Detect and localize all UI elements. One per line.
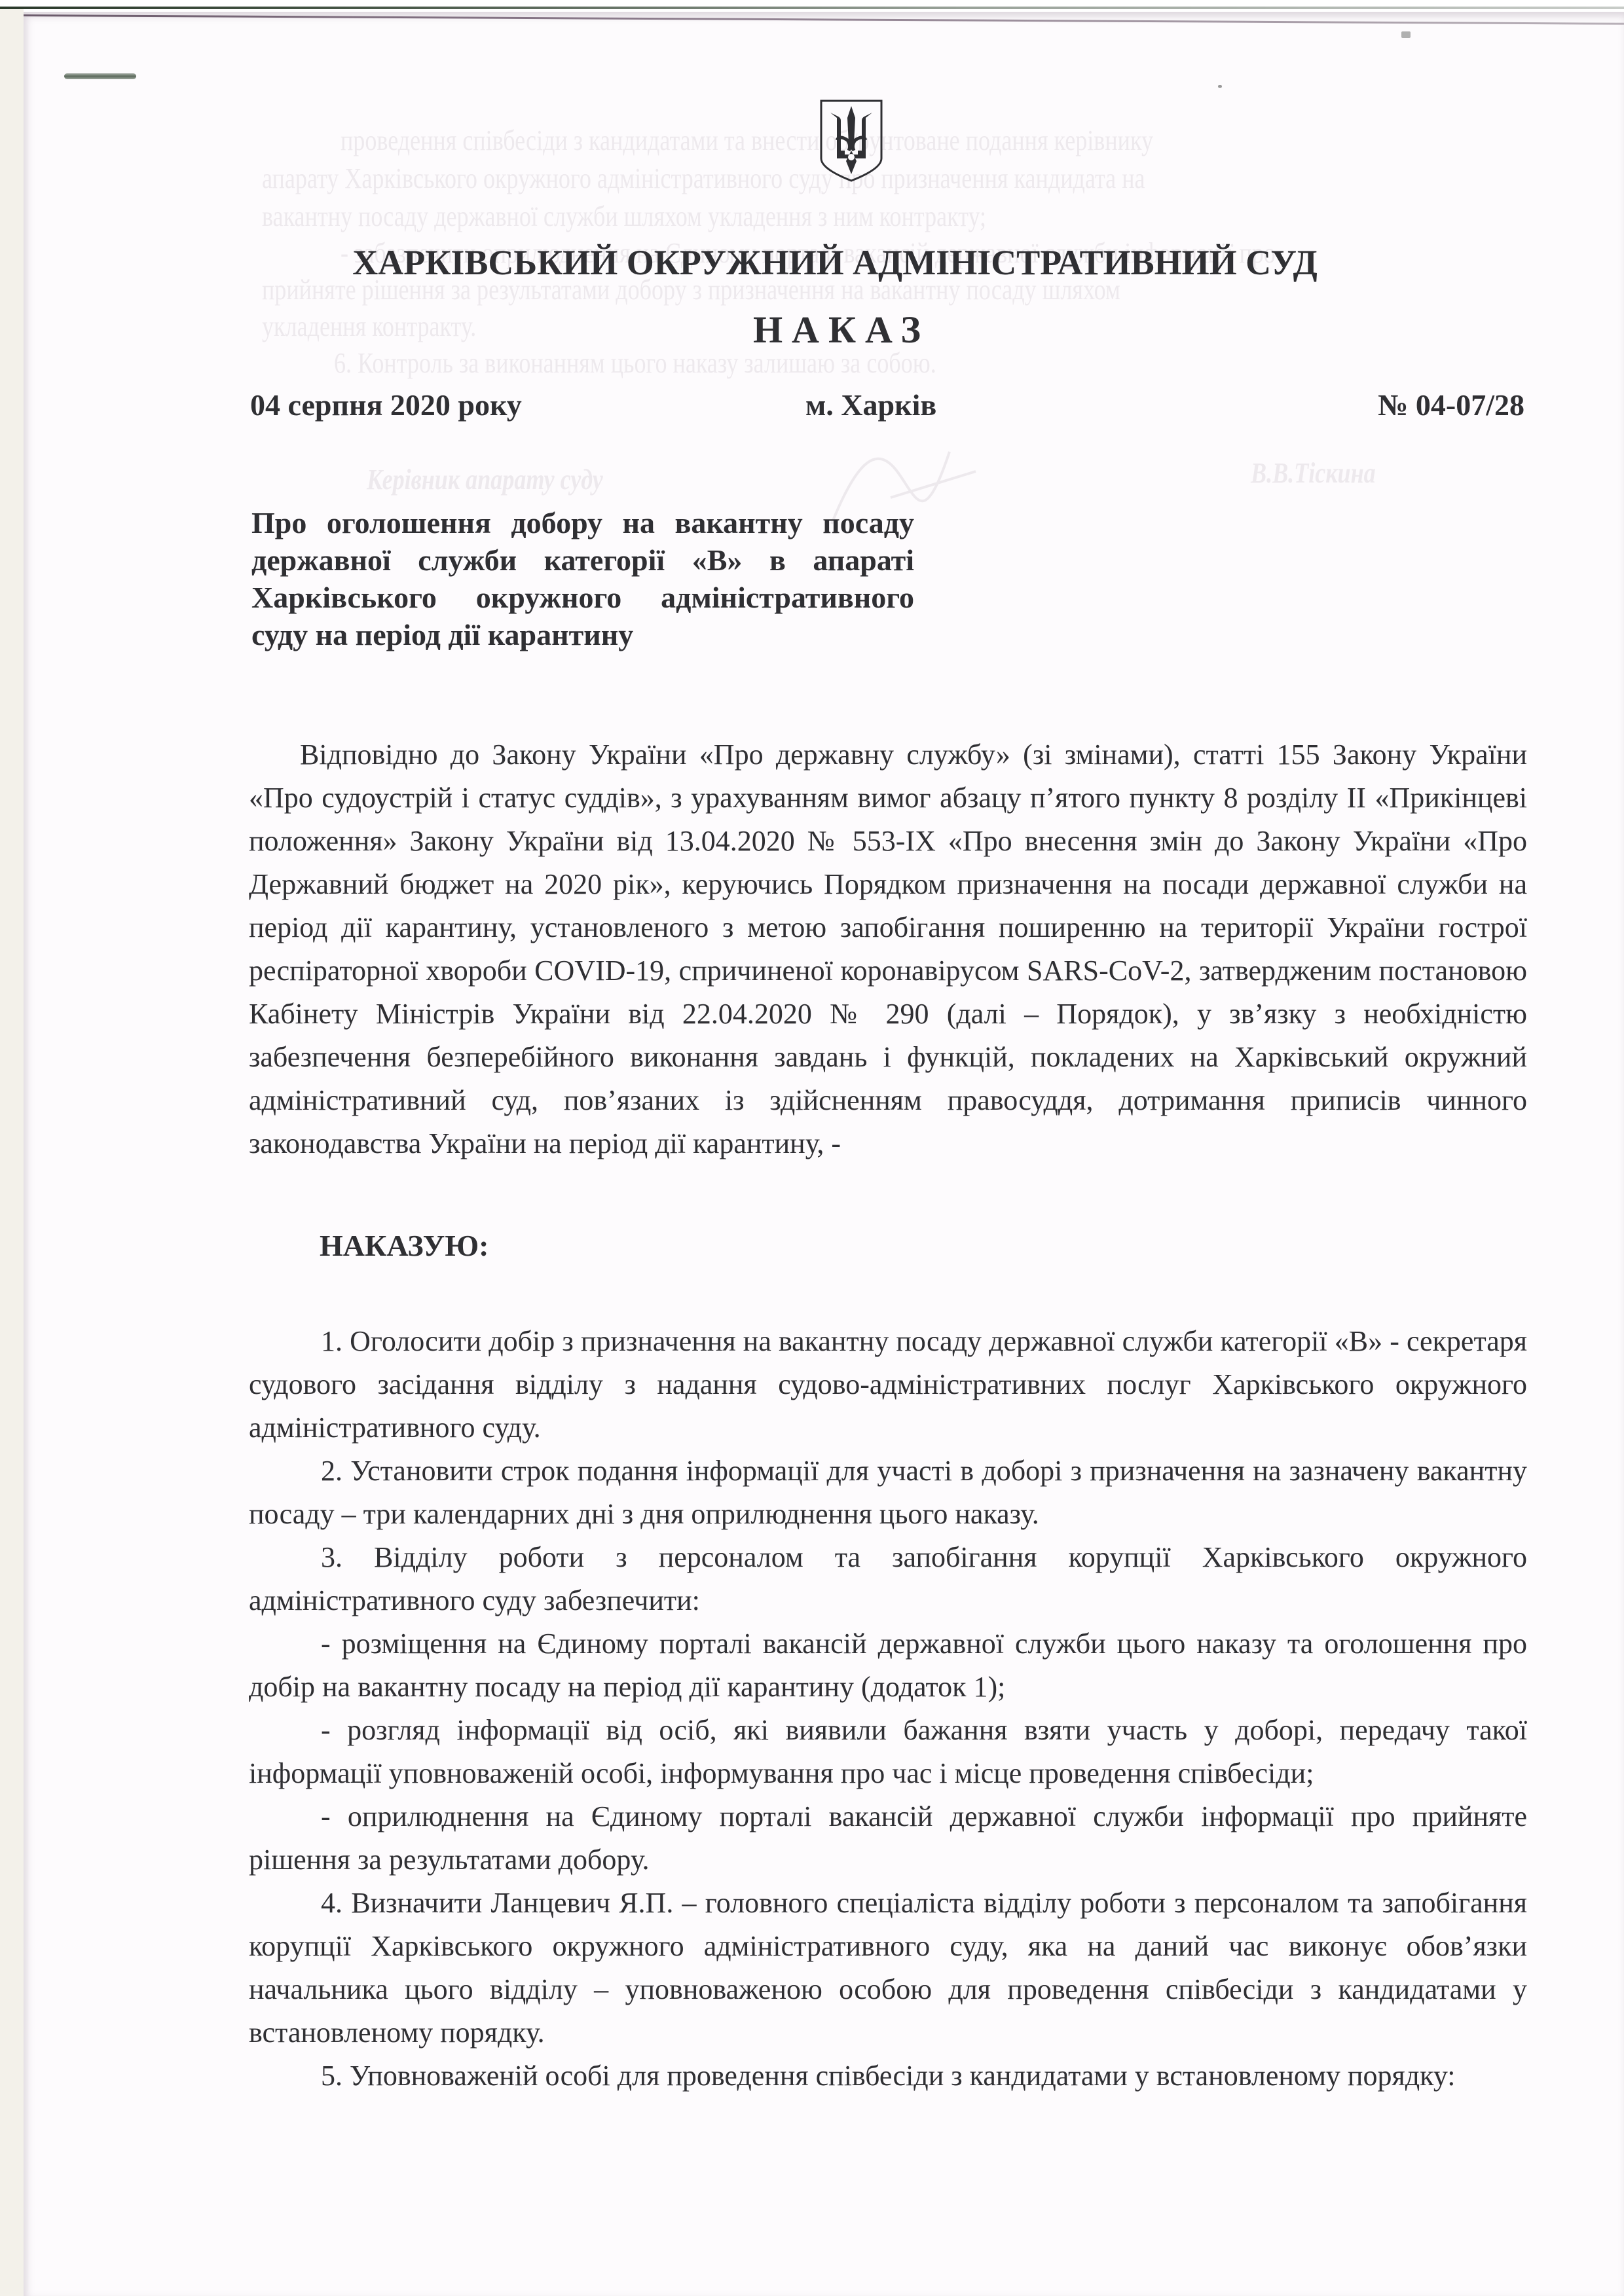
scan-speck (1401, 31, 1411, 38)
staple-mark (64, 73, 136, 79)
order-item-2: 2. Установити строк подання інформації д… (249, 1449, 1527, 1536)
order-item-1: 1. Оголосити добір з призначення на вака… (249, 1320, 1527, 1449)
order-directive-heading: НАКАЗУЮ: (320, 1228, 489, 1263)
bleed-through-signature-title: Керівник апарату суду (367, 458, 603, 501)
document-type-heading: НАКАЗ (0, 308, 1624, 352)
order-items-section: 1. Оголосити добір з призначення на вака… (249, 1320, 1527, 2098)
order-subject: Про оголошення добору на вакантну посаду… (251, 504, 914, 653)
subject-line: суду на період дії карантину (251, 616, 914, 653)
court-name-heading: ХАРКІВСЬКИЙ ОКРУЖНИЙ АДМІНІСТРАТИВНИЙ СУ… (0, 242, 1624, 283)
preamble-section: Відповідно до Закону України «Про держав… (249, 733, 1527, 1165)
scanner-edge-line (0, 7, 1624, 9)
order-item-3-subitem-2: - розгляд інформації від осіб, які вияви… (249, 1709, 1527, 1795)
preamble-paragraph: Відповідно до Закону України «Про держав… (249, 733, 1527, 1165)
order-date: 04 серпня 2020 року (250, 388, 522, 422)
subject-line: Про оголошення добору на вакантну посаду (251, 504, 914, 541)
subject-line: державної служби категорії «В» в апараті (251, 541, 914, 579)
order-item-4: 4. Визначити Ланцевич Я.П. – головного с… (249, 1882, 1527, 2054)
order-item-3-subitem-1: - розміщення на Єдиному порталі вакансій… (249, 1622, 1527, 1709)
ukraine-trident-emblem-icon (819, 98, 884, 183)
bleed-through-line: проведення співбесіди з кандидатами та в… (341, 119, 1153, 162)
order-number: № 04-07/28 (1378, 388, 1524, 422)
scanner-left-edge (0, 9, 24, 2296)
order-item-3-subitem-3: - оприлюднення на Єдиному порталі ваканс… (249, 1795, 1527, 1882)
bleed-through-line: апарату Харківського окружного адміністр… (262, 157, 1145, 200)
order-item-5: 5. Уповноваженій особі для проведення сп… (249, 2054, 1527, 2098)
bleed-through-signature-name: В.В.Тіскина (1251, 452, 1376, 495)
order-item-3: 3. Відділу роботи з персоналом та запобі… (249, 1536, 1527, 1622)
scan-speck (1218, 85, 1222, 88)
order-city: м. Харків (805, 388, 936, 422)
subject-line: Харківського окружного адміністративного (251, 579, 914, 616)
